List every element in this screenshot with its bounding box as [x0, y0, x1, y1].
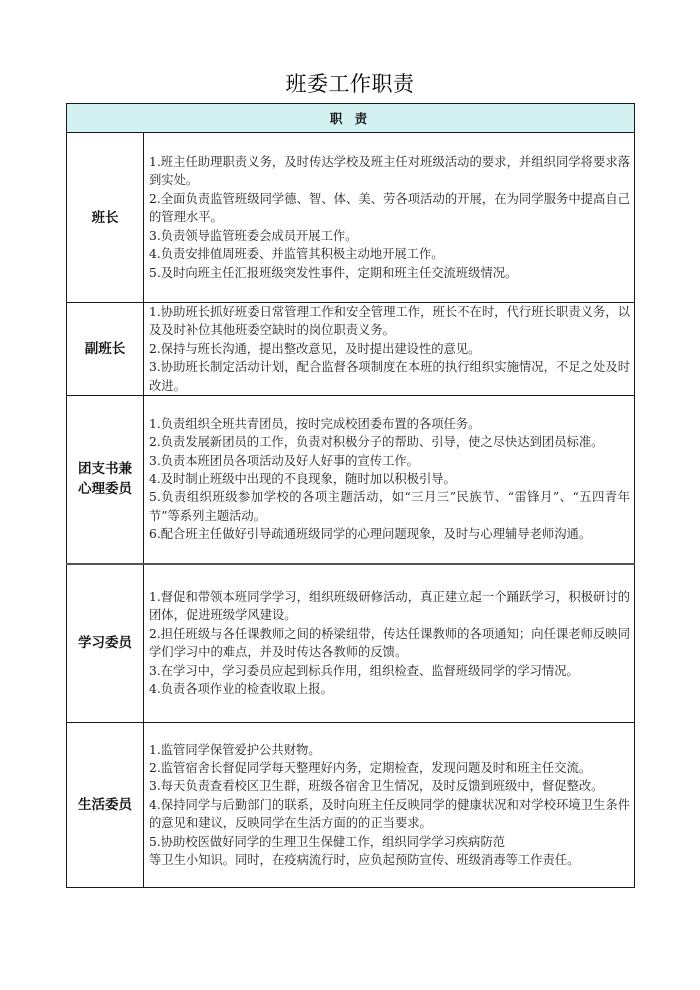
table-row-life-commissioner: 生活委员 1.监管同学保管爱护公共财物。 2.监管宿舍长督促同学每天整理好内务，… — [67, 723, 635, 888]
table-header-duties: 职 责 — [67, 104, 635, 133]
duty-item: 1.督促和带领本班同学学习，组织班级研修活动，真正建立起一个踊跃学习，积极研讨的… — [149, 588, 630, 625]
duty-item: 5.协助校医做好同学的生理卫生保健工作，组织同学学习疾病防范 — [149, 833, 630, 851]
role-label-study-commissioner: 学习委员 — [67, 564, 144, 723]
duty-item: 4.保持同学与后勤部门的联系，及时向班主任反映同学的健康状况和对学校环境卫生条件… — [149, 796, 630, 833]
duty-item: 2.负责发展新团员的工作，负责对积极分子的帮助、引导，使之尽快达到团员标准。 — [149, 433, 630, 451]
duty-item: 3.负责本班团员各项活动及好人好事的宣传工作。 — [149, 452, 630, 470]
duty-item: 1.负责组织全班共青团员，按时完成校团委布置的各项任务。 — [149, 415, 630, 433]
duties-vice-monitor: 1.协助班长抓好班委日常管理工作和安全管理工作，班长不在时，代行班长职责义务，以… — [144, 303, 635, 396]
duty-item: 3.每天负责查看校区卫生群，班级各宿舍卫生情况，及时反馈到班级中，督促整改。 — [149, 777, 630, 795]
duty-table: 职 责 班长 1.班主任助理职责义务，及时传达学校及班主任对班级活动的要求，并组… — [66, 103, 635, 888]
duty-item: 1.协助班长抓好班委日常管理工作和安全管理工作，班长不在时，代行班长职责义务，以… — [149, 303, 630, 340]
duty-item: 3.在学习中，学习委员应起到标兵作用，组织检查、监督班级同学的学习情况。 — [149, 662, 630, 680]
table-header-row: 职 责 — [67, 104, 635, 133]
duty-item: 4.及时制止班级中出现的不良现象，随时加以积极引导。 — [149, 470, 630, 488]
duty-item: 2.监管宿舍长督促同学每天整理好内务，定期检查，发现问题及时和班主任交流。 — [149, 759, 630, 777]
table-row-league-secretary: 团支书兼 心理委员 1.负责组织全班共青团员，按时完成校团委布置的各项任务。 2… — [67, 396, 635, 564]
duty-item: 等卫生小知识。同时，在疫病流行时，应负起预防宣传、班级消毒等工作责任。 — [149, 851, 630, 869]
role-label-line: 心理委员 — [67, 479, 143, 499]
duty-item: 5.及时向班主任汇报班级突发性事件，定期和班主任交流班级情况。 — [149, 264, 630, 282]
role-label-line: 团支书兼 — [67, 459, 143, 479]
duty-item: 3.负责领导监管班委会成员开展工作。 — [149, 227, 630, 245]
role-label-vice-monitor: 副班长 — [67, 303, 144, 396]
duty-item: 4.负责各项作业的检查收取上报。 — [149, 680, 630, 698]
table-row-vice-monitor: 副班长 1.协助班长抓好班委日常管理工作和安全管理工作，班长不在时，代行班长职责… — [67, 303, 635, 396]
role-label-league-secretary: 团支书兼 心理委员 — [67, 396, 144, 564]
duties-study-commissioner: 1.督促和带领本班同学学习，组织班级研修活动，真正建立起一个踊跃学习，积极研讨的… — [144, 564, 635, 723]
duty-item: 6.配合班主任做好引导疏通班级同学的心理问题现象，及时与心理辅导老师沟通。 — [149, 525, 630, 543]
role-label-life-commissioner: 生活委员 — [67, 723, 144, 888]
duty-item: 2.担任班级与各任课教师之间的桥梁纽带，传达任课教师的各项通知；向任课老师反映同… — [149, 625, 630, 662]
duty-item: 1.班主任助理职责义务，及时传达学校及班主任对班级活动的要求，并组织同学将要求落… — [149, 153, 630, 190]
duty-item: 1.监管同学保管爱护公共财物。 — [149, 741, 630, 759]
role-label-monitor: 班长 — [67, 133, 144, 303]
duty-item: 5.负责组织班级参加学校的各项主题活动，如“三月三”民族节、“雷锋月”、“五四青… — [149, 488, 630, 525]
duty-item: 3.协助班长制定活动计划，配合监督各项制度在本班的执行组织实施情况，不足之处及时… — [149, 358, 630, 395]
duty-item: 4.负责安排值周班委、并监管其积极主动地开展工作。 — [149, 245, 630, 263]
table-row-study-commissioner: 学习委员 1.督促和带领本班同学学习，组织班级研修活动，真正建立起一个踊跃学习，… — [67, 564, 635, 723]
duties-monitor: 1.班主任助理职责义务，及时传达学校及班主任对班级活动的要求，并组织同学将要求落… — [144, 133, 635, 303]
duties-life-commissioner: 1.监管同学保管爱护公共财物。 2.监管宿舍长督促同学每天整理好内务，定期检查，… — [144, 723, 635, 888]
duties-league-secretary: 1.负责组织全班共青团员，按时完成校团委布置的各项任务。 2.负责发展新团员的工… — [144, 396, 635, 564]
table-row-monitor: 班长 1.班主任助理职责义务，及时传达学校及班主任对班级活动的要求，并组织同学将… — [67, 133, 635, 303]
duty-item: 2.全面负责监管班级同学德、智、体、美、劳各项活动的开展，在为同学服务中提高自己… — [149, 190, 630, 227]
document-title: 班委工作职责 — [0, 70, 700, 98]
duty-item: 2.保持与班长沟通，提出整改意见，及时提出建设性的意见。 — [149, 340, 630, 358]
